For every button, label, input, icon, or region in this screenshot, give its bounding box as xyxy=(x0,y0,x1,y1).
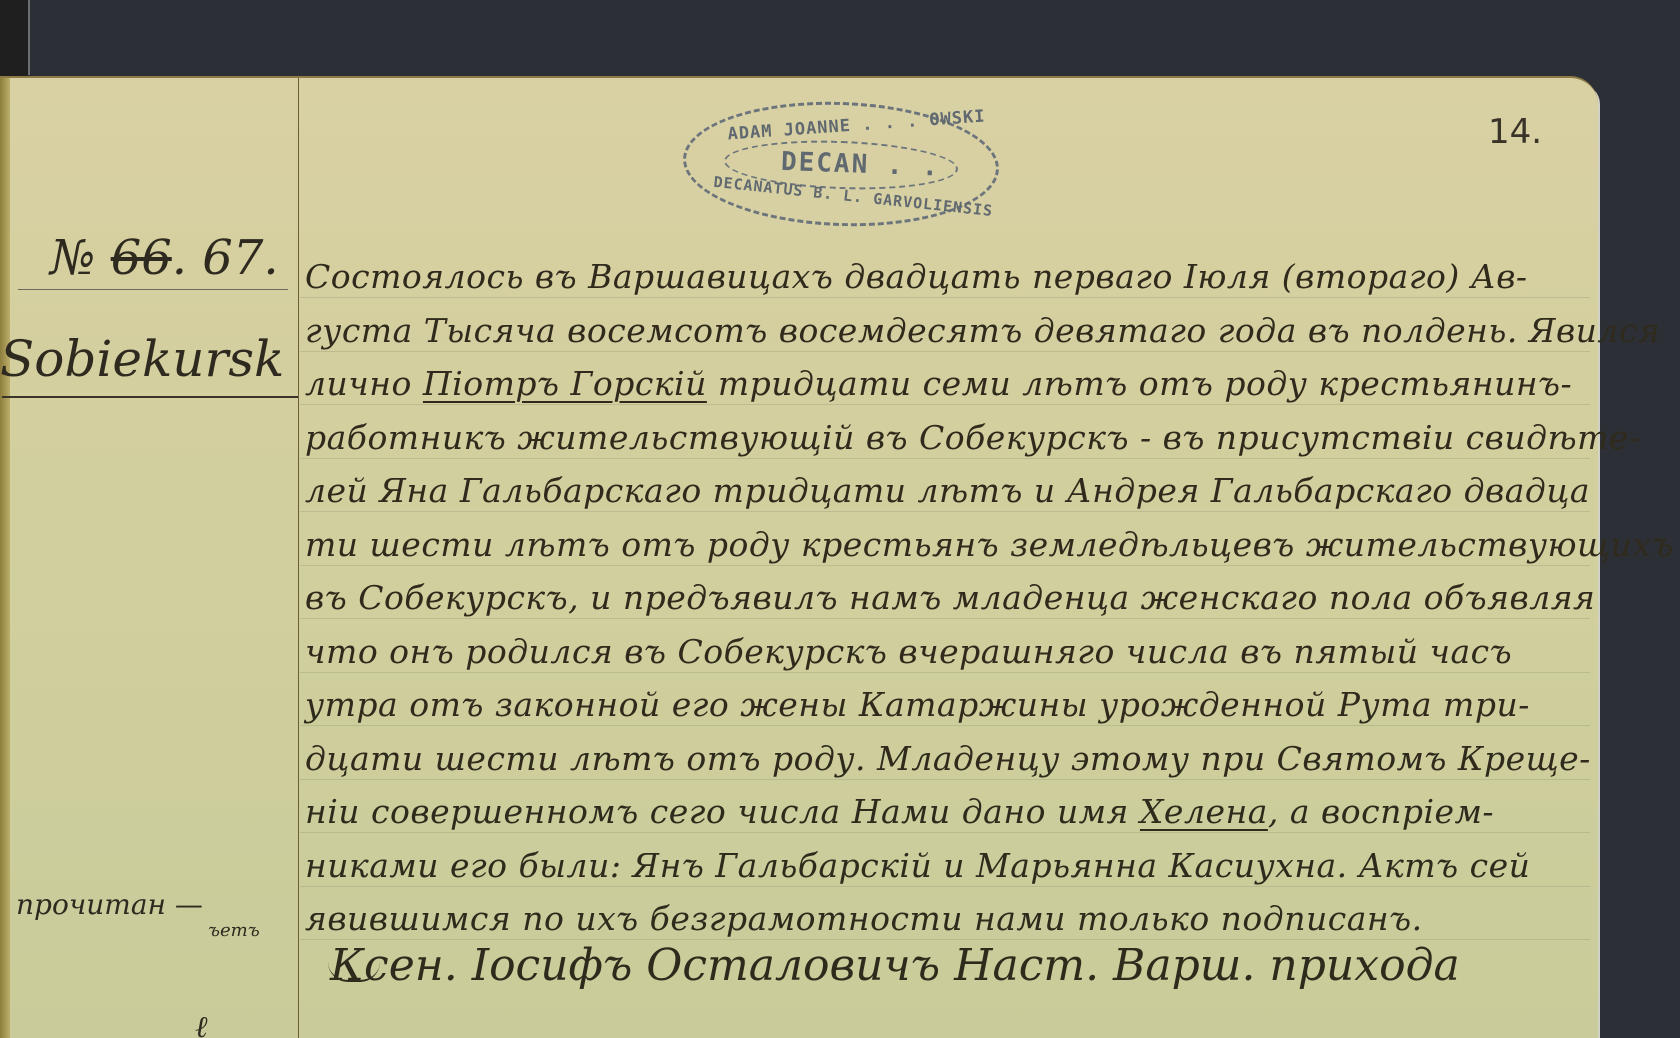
margin-place-name: Sobiekursk xyxy=(0,330,284,388)
entry-number-struck: 66 xyxy=(111,230,172,286)
margin-place-underline xyxy=(2,396,298,398)
body-line-rest: , а воспріем- xyxy=(1268,792,1494,831)
stamp-middle-text: DECAN . . xyxy=(781,147,941,183)
entry-number-prefix: № xyxy=(50,230,95,286)
folio-number: 14. xyxy=(1488,112,1542,152)
stamp-top-text: ADAM JOANNE . . . OWSKI xyxy=(727,107,986,145)
margin-bottom-mark: ℓ xyxy=(195,1010,208,1038)
entry-number-rule xyxy=(18,289,288,290)
child-name: Хелена xyxy=(1140,792,1268,831)
body-line-lead: ніи совершенномъ сего числа Нами дано им… xyxy=(305,792,1129,831)
body-line: явившимся по ихъ безграмотности нами тол… xyxy=(305,892,1605,946)
body-line: ніи совершенномъ сего числа Нами дано им… xyxy=(305,785,1605,839)
body-line: утра отъ законной его жены Катаржины уро… xyxy=(305,678,1605,732)
body-line: работникъ жительствующій въ Собекурскъ -… xyxy=(305,411,1605,465)
margin-note: прочитан — xyxy=(16,888,203,921)
margin-note-sub: ъетъ xyxy=(208,920,260,941)
body-line: Состоялось въ Варшавицахъ двадцать перва… xyxy=(305,250,1605,304)
margin-rule xyxy=(298,78,299,1038)
body-line: дцати шести лѣтъ отъ роду. Младенцу этом… xyxy=(305,732,1605,786)
body-line: лей Яна Гальбарскаго тридцати лѣтъ и Анд… xyxy=(305,464,1605,518)
body-line: что онъ родился въ Собекурскъ вчерашняго… xyxy=(305,625,1605,679)
body-line: ти шести лѣтъ отъ роду крестьянъ земледѣ… xyxy=(305,518,1605,572)
record-body: Состоялось въ Варшавицахъ двадцать перва… xyxy=(305,250,1605,946)
body-line-rest: тридцати семи лѣтъ отъ роду крестьянинъ- xyxy=(718,364,1572,403)
body-line-lead: лично xyxy=(305,364,412,403)
body-line: густа Тысяча восемсотъ восемдесятъ девят… xyxy=(305,304,1605,358)
body-line: никами его были: Янъ Гальбарскій и Марья… xyxy=(305,839,1605,893)
page-binding-edge xyxy=(0,78,10,1038)
father-name: Піотръ Горскій xyxy=(423,364,707,403)
scanner-edge-line xyxy=(28,0,30,75)
entry-number-value: 67. xyxy=(202,230,278,286)
entry-number: № 66. 67. xyxy=(50,230,279,286)
body-line: лично Піотръ Горскій тридцати семи лѣтъ … xyxy=(305,357,1605,411)
priest-signature: Ксен. Іосифъ Осталовичъ Наст. Варш. прих… xyxy=(330,940,1460,991)
body-line: въ Собекурскъ, и предъявилъ намъ младенц… xyxy=(305,571,1605,625)
